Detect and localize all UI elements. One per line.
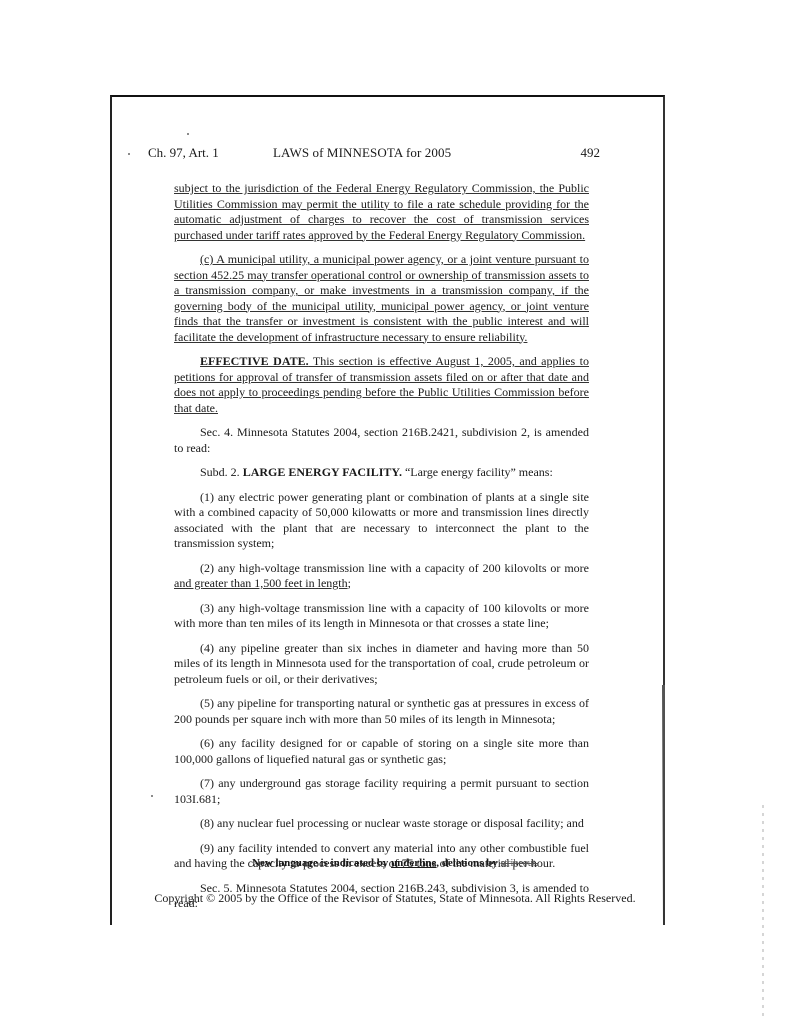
legend-prefix: New language is indicated by [252, 857, 391, 869]
effective-date-paragraph: EFFECTIVE DATE. This section is effectiv… [174, 354, 589, 416]
section-4-intro: Sec. 4. Minnesota Statutes 2004, section… [174, 425, 589, 456]
item2-end: ; [348, 576, 351, 590]
list-item-3: (3) any high-voltage transmission line w… [174, 601, 589, 632]
item2-new-language: and greater than 1,500 feet in length [174, 576, 348, 590]
revision-legend: New language is indicated by underline, … [140, 857, 650, 869]
paragraph-c: (c) A municipal utility, a municipal pow… [174, 252, 589, 345]
subd-label: LARGE ENERGY FACILITY. [243, 465, 402, 479]
list-item-8: (8) any nuclear fuel processing or nucle… [174, 816, 589, 832]
page-number: 492 [581, 145, 601, 161]
copyright-notice: Copyright © 2005 by the Office of the Re… [140, 891, 650, 906]
item2-text: (2) any high-voltage transmission line w… [200, 561, 589, 575]
list-item-4: (4) any pipeline greater than six inches… [174, 641, 589, 688]
scan-edge-marks [762, 805, 764, 1020]
list-item-1: (1) any electric power generating plant … [174, 490, 589, 552]
subd-text: “Large energy facility” means: [402, 465, 553, 479]
scan-speck [128, 153, 130, 155]
running-title: LAWS of MINNESOTA for 2005 [273, 145, 451, 161]
subd-prefix: Subd. 2. [200, 465, 243, 479]
chapter-reference: Ch. 97, Art. 1 [148, 145, 219, 161]
subdivision-2-heading: Subd. 2. LARGE ENERGY FACILITY. “Large e… [174, 465, 589, 481]
effective-date-label: EFFECTIVE DATE. [200, 354, 309, 368]
list-item-7: (7) any underground gas storage facility… [174, 776, 589, 807]
border-fade [662, 685, 665, 925]
document-body: subject to the jurisdiction of the Feder… [174, 181, 589, 921]
scan-speck [187, 133, 189, 135]
scan-speck [151, 795, 153, 797]
list-item-5: (5) any pipeline for transporting natura… [174, 696, 589, 727]
paragraph-continuation: subject to the jurisdiction of the Feder… [174, 181, 589, 243]
legend-underline-word: underline [391, 857, 436, 869]
legend-strike-word: strikeout. [500, 858, 538, 869]
legend-middle: , deletions by [436, 857, 500, 869]
page-header: Ch. 97, Art. 1 LAWS of MINNESOTA for 200… [148, 145, 600, 163]
list-item-2: (2) any high-voltage transmission line w… [174, 561, 589, 592]
list-item-6: (6) any facility designed for or capable… [174, 736, 589, 767]
